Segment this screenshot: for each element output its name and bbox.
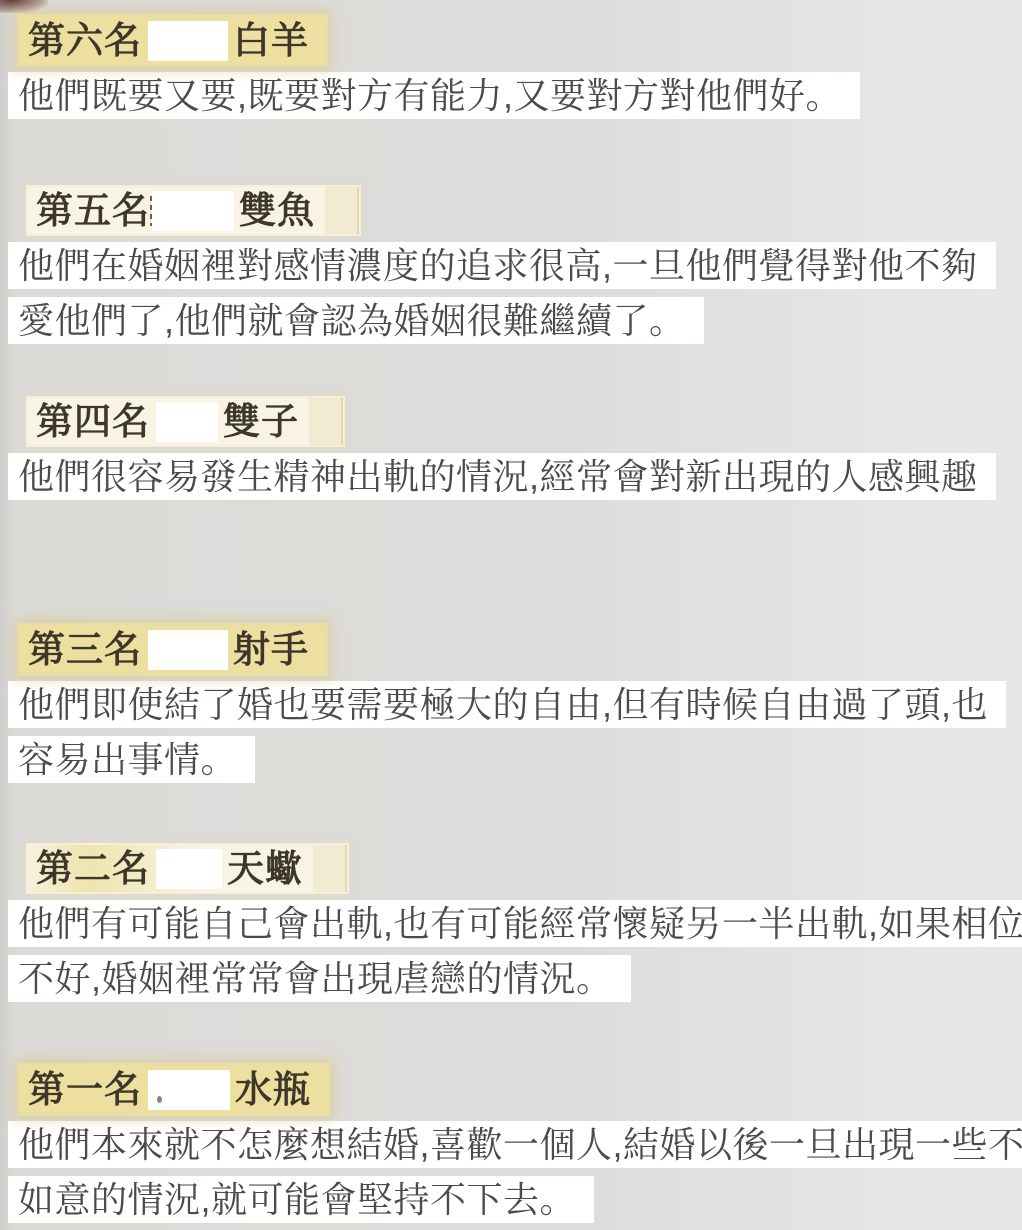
sign-label: 天蠍 [227, 845, 303, 892]
rank-label: 第二名 [36, 845, 150, 892]
body-text-line: 他們在婚姻裡對感情濃度的追求很高,一旦他們覺得對他不夠 [8, 242, 996, 289]
redaction-box [156, 402, 218, 442]
rank-label: 第三名 [28, 626, 142, 673]
highlight-extension [309, 398, 343, 445]
document-page: 第六名 白羊 他們既要又要,既要對方有能力,又要對方對他們好。 第五名 雙魚 他… [0, 0, 1022, 1230]
body-text-line: 他們既要又要,既要對方有能力,又要對方對他們好。 [8, 72, 860, 119]
redaction-box [152, 191, 234, 231]
sign-label: 水瓶 [235, 1066, 311, 1113]
sign-label: 射手 [233, 626, 309, 673]
rank-title-bar: 第一名 水瓶 [20, 1066, 327, 1113]
rank-label: 第五名 [36, 187, 150, 234]
sign-label: 白羊 [233, 17, 309, 64]
rank-title-bar: 第四名 雙子 [28, 398, 343, 445]
rank-title-bar: 第二名 天蠍 [28, 845, 347, 892]
section-rank-3: 第三名 射手 他們即使結了婚也要需要極大的自由,但有時候自由過了頭,也 容易出事… [8, 626, 1006, 783]
sign-label: 雙子 [223, 398, 299, 445]
section-rank-2: 第二名 天蠍 他們有可能自己會出軌,也有可能經常懷疑另一半出軌,如果相位 不好,… [8, 845, 1022, 1002]
sign-label: 雙魚 [239, 187, 315, 234]
section-rank-5: 第五名 雙魚 他們在婚姻裡對感情濃度的追求很高,一旦他們覺得對他不夠 愛他們了,… [8, 187, 996, 344]
body-text-line: 容易出事情。 [8, 736, 255, 783]
rank-label: 第六名 [28, 17, 142, 64]
redaction-box [156, 849, 222, 889]
body-text-line: 他們本來就不怎麼想結婚,喜歡一個人,結婚以後一旦出現一些不 [8, 1121, 1022, 1168]
rank-title-bar: 第五名 雙魚 [28, 187, 359, 234]
corner-ink-artifact [0, 0, 48, 13]
rank-title-bar: 第三名 射手 [20, 626, 325, 673]
section-rank-4: 第四名 雙子 他們很容易發生精神出軌的情況,經常會對新出現的人感興趣 [8, 398, 996, 500]
section-rank-6: 第六名 白羊 他們既要又要,既要對方有能力,又要對方對他們好。 [8, 17, 860, 119]
redaction-box [148, 21, 228, 61]
body-text-line: 不好,婚姻裡常常會出現虐戀的情況。 [8, 955, 631, 1002]
body-text-line: 愛他們了,他們就會認為婚姻很難繼續了。 [8, 297, 704, 344]
section-rank-1: 第一名 水瓶 他們本來就不怎麼想結婚,喜歡一個人,結婚以後一旦出現一些不 如意的… [8, 1066, 1022, 1223]
rank-title-bar: 第六名 白羊 [20, 17, 325, 64]
highlight-extension [313, 845, 347, 892]
rank-label: 第一名 [28, 1066, 142, 1113]
body-text-line: 如意的情況,就可能會堅持不下去。 [8, 1176, 594, 1223]
rank-label: 第四名 [36, 398, 150, 445]
body-text-line: 他們即使結了婚也要需要極大的自由,但有時候自由過了頭,也 [8, 681, 1006, 728]
redaction-box [148, 630, 228, 670]
redaction-box [148, 1070, 230, 1110]
body-text-line: 他們很容易發生精神出軌的情況,經常會對新出現的人感興趣 [8, 453, 996, 500]
highlight-extension [325, 187, 359, 234]
body-text-line: 他們有可能自己會出軌,也有可能經常懷疑另一半出軌,如果相位 [8, 900, 1022, 947]
